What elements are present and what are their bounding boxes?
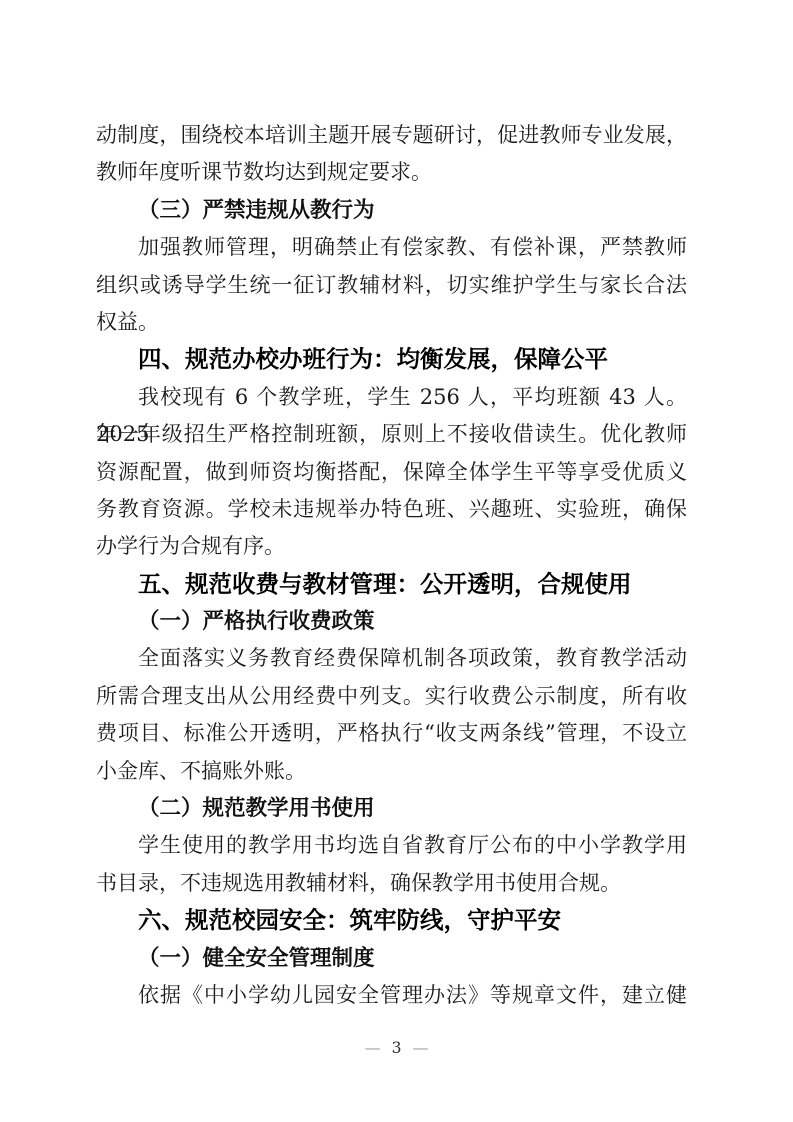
page-number: 3 bbox=[392, 1039, 402, 1057]
body-line: 全面落实义务教育经费保障机制各项政策，教育教学活动 bbox=[96, 640, 687, 677]
document-page: 动制度，围绕校本培训主题开展专题研讨，促进教师专业发展， 教师年度听课节数均达到… bbox=[0, 0, 793, 1122]
sub-heading: （二）规范教学用书使用 bbox=[96, 790, 687, 827]
section-heading: 四、规范办校办班行为：均衡发展，保障公平 bbox=[96, 341, 687, 378]
body-line: 组织或诱导学生统一征订教辅材料，切实维护学生与家长合法 bbox=[96, 267, 687, 304]
section-heading: 五、规范收费与教材管理：公开透明，合规使用 bbox=[96, 566, 687, 603]
body-line: 务教育资源。学校未违规举办特色班、兴趣班、实验班，确保 bbox=[96, 491, 687, 528]
body-line: 书目录，不违规选用教辅材料，确保教学用书使用合规。 bbox=[96, 865, 687, 902]
body-line: 资源配置，做到师资均衡搭配，保障全体学生平等享受优质义 bbox=[96, 454, 687, 491]
body-line: 我校现有 6 个教学班，学生 256 人，平均班额 43 人。2025 bbox=[96, 379, 687, 416]
sub-heading: （三）严禁违规从教行为 bbox=[96, 192, 687, 229]
body-line: 所需合理支出从公用经费中列支。实行收费公示制度，所有收 bbox=[96, 678, 687, 715]
body-line: 权益。 bbox=[96, 304, 687, 341]
sub-heading: （一）严格执行收费政策 bbox=[96, 603, 687, 640]
body-line: 教师年度听课节数均达到规定要求。 bbox=[96, 154, 687, 191]
body-line: 动制度，围绕校本培训主题开展专题研讨，促进教师专业发展， bbox=[96, 117, 687, 154]
document-content: 动制度，围绕校本培训主题开展专题研讨，促进教师专业发展， 教师年度听课节数均达到… bbox=[96, 117, 687, 1014]
sub-heading: （一）健全安全管理制度 bbox=[96, 940, 687, 977]
body-line: 依据《中小学幼儿园安全管理办法》等规章文件，建立健 bbox=[96, 977, 687, 1014]
page-footer: —3— bbox=[0, 1037, 793, 1059]
section-heading: 六、规范校园安全：筑牢防线，守护平安 bbox=[96, 902, 687, 939]
footer-dash-right: — bbox=[412, 1038, 428, 1057]
footer-dash-left: — bbox=[365, 1038, 381, 1057]
body-line: 办学行为合规有序。 bbox=[96, 528, 687, 565]
body-line: 学生使用的教学用书均选自省教育厅公布的中小学教学用 bbox=[96, 827, 687, 864]
body-line: 费项目、标准公开透明，严格执行“收支两条线”管理，不设立 bbox=[96, 715, 687, 752]
body-line: 小金库、不搞账外账。 bbox=[96, 753, 687, 790]
body-line: 年一年级招生严格控制班额，原则上不接收借读生。优化教师 bbox=[96, 416, 687, 453]
body-line: 加强教师管理，明确禁止有偿家教、有偿补课，严禁教师 bbox=[96, 229, 687, 266]
